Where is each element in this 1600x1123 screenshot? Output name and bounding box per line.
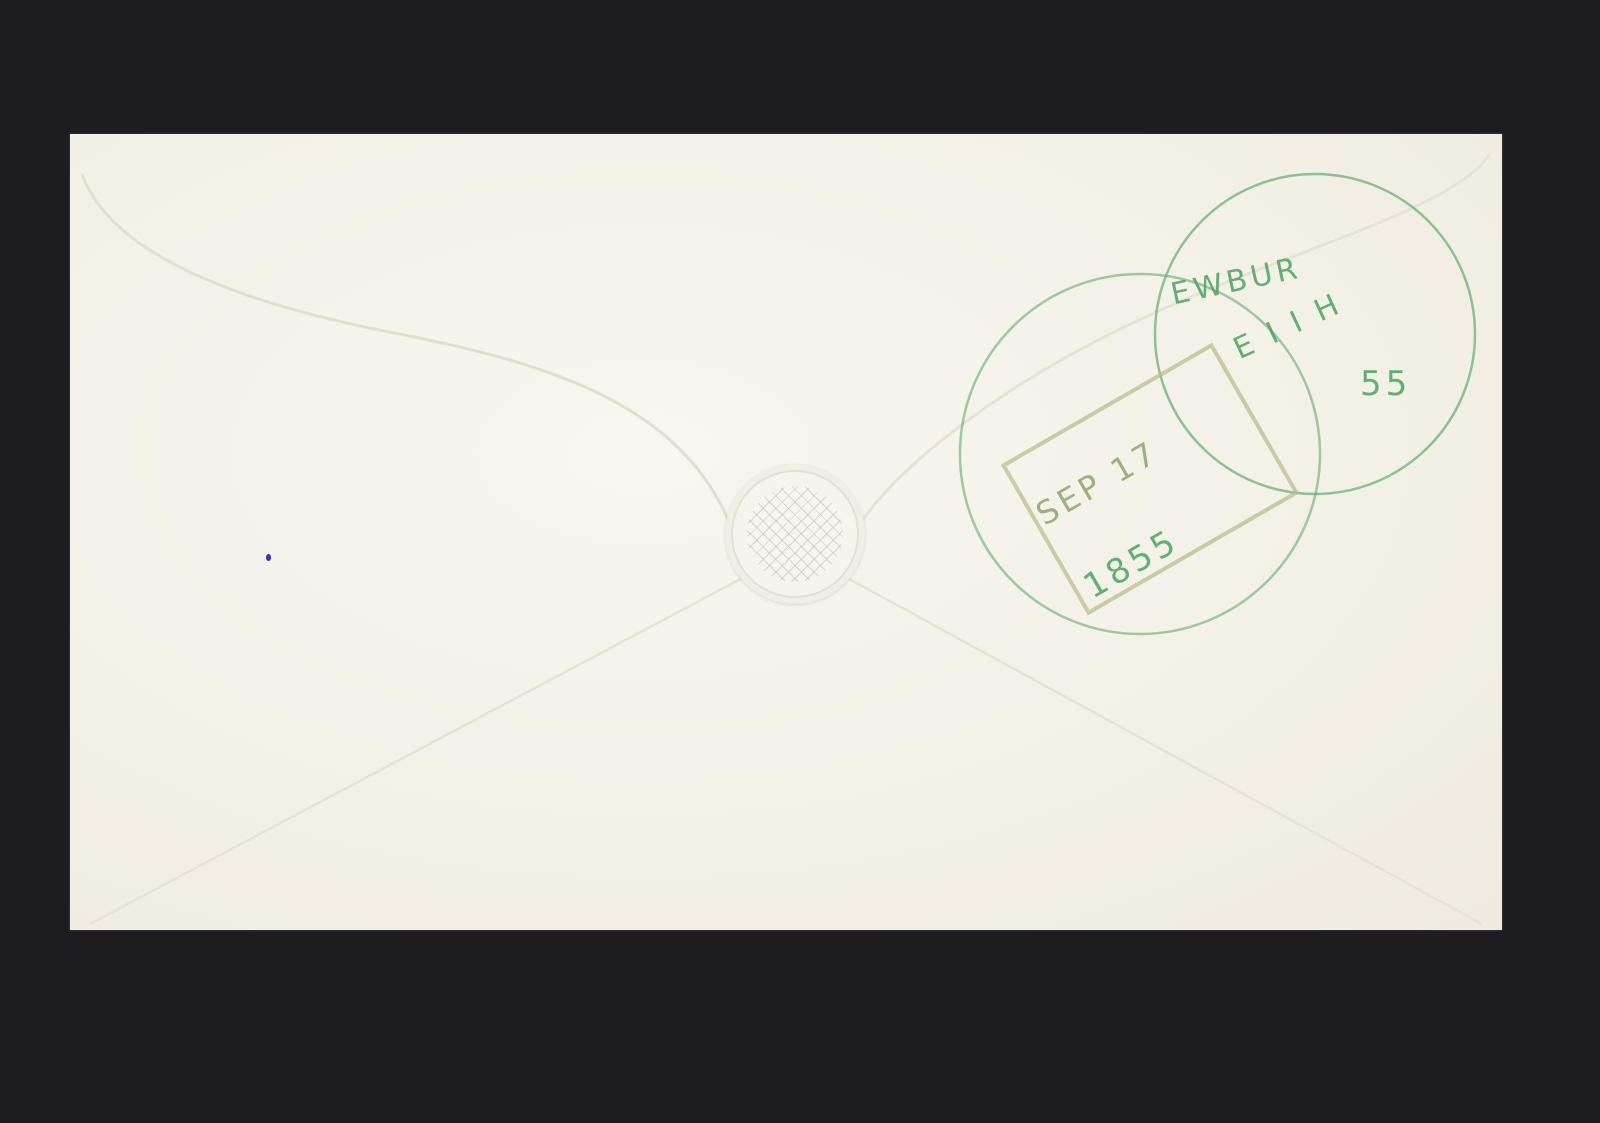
ink-speck (266, 554, 271, 561)
embossed-seal (725, 464, 865, 604)
envelope: EWBUR E I I H 55 SEP 17 1855 (70, 134, 1502, 930)
postmark-year-short: 55 (1360, 364, 1411, 404)
